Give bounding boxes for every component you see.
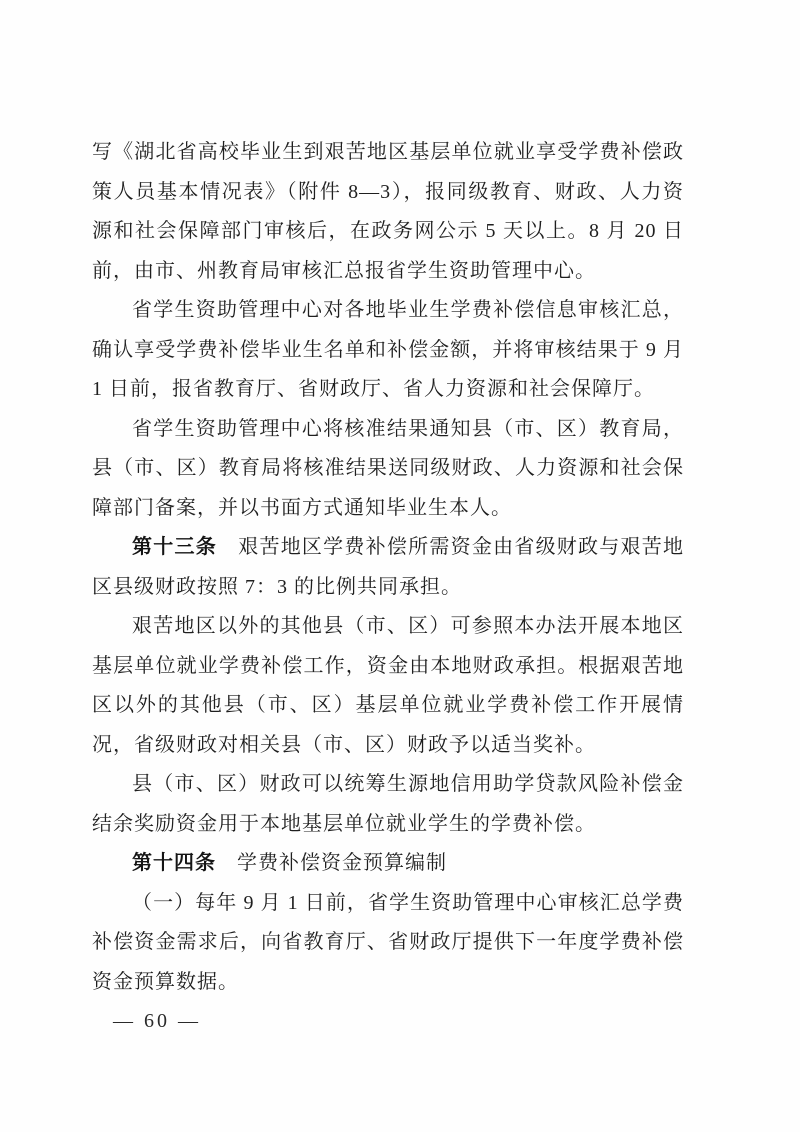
text-run: 县（市、区）财政可以统筹生源地信用助学贷款风险补偿金结余奖励资金用于本地基层单位… bbox=[92, 773, 684, 835]
document-page: 写《湖北省高校毕业生到艰苦地区基层单位就业享受学费补偿政策人员基本情况表》（附件… bbox=[0, 0, 800, 1132]
text-run: 省学生资助管理中心对各地毕业生学费补偿信息审核汇总，确认享受学费补偿毕业生名单和… bbox=[92, 299, 684, 400]
paragraph: 第十三条 艰苦地区学费补偿所需资金由省级财政与艰苦地区县级财政按照 7：3 的比… bbox=[92, 528, 684, 607]
paragraph: （一）每年 9 月 1 日前，省学生资助管理中心审核汇总学费补偿资金需求后，向省… bbox=[92, 884, 684, 1003]
paragraph: 第十四条 学费补偿资金预算编制 bbox=[92, 844, 684, 884]
text-run: 艰苦地区以外的其他县（市、区）可参照本办法开展本地区基层单位就业学费补偿工作，资… bbox=[92, 615, 684, 756]
text-run: 学费补偿资金预算编制 bbox=[216, 852, 447, 874]
text-run: （一）每年 9 月 1 日前，省学生资助管理中心审核汇总学费补偿资金需求后，向省… bbox=[92, 892, 684, 993]
paragraph: 县（市、区）财政可以统筹生源地信用助学贷款风险补偿金结余奖励资金用于本地基层单位… bbox=[92, 765, 684, 844]
article-heading: 第十三条 bbox=[132, 536, 217, 558]
paragraph: 省学生资助管理中心将核准结果通知县（市、区）教育局，县（市、区）教育局将核准结果… bbox=[92, 410, 684, 529]
paragraph: 写《湖北省高校毕业生到艰苦地区基层单位就业享受学费补偿政策人员基本情况表》（附件… bbox=[92, 133, 684, 291]
text-run: 写《湖北省高校毕业生到艰苦地区基层单位就业享受学费补偿政策人员基本情况表》（附件… bbox=[92, 141, 684, 282]
article-heading: 第十四条 bbox=[132, 852, 216, 874]
document-body: 写《湖北省高校毕业生到艰苦地区基层单位就业享受学费补偿政策人员基本情况表》（附件… bbox=[92, 133, 684, 1002]
page-number: — 60 — bbox=[113, 1008, 201, 1034]
paragraph: 艰苦地区以外的其他县（市、区）可参照本办法开展本地区基层单位就业学费补偿工作，资… bbox=[92, 607, 684, 765]
paragraph: 省学生资助管理中心对各地毕业生学费补偿信息审核汇总，确认享受学费补偿毕业生名单和… bbox=[92, 291, 684, 410]
text-run: 省学生资助管理中心将核准结果通知县（市、区）教育局，县（市、区）教育局将核准结果… bbox=[92, 418, 684, 519]
